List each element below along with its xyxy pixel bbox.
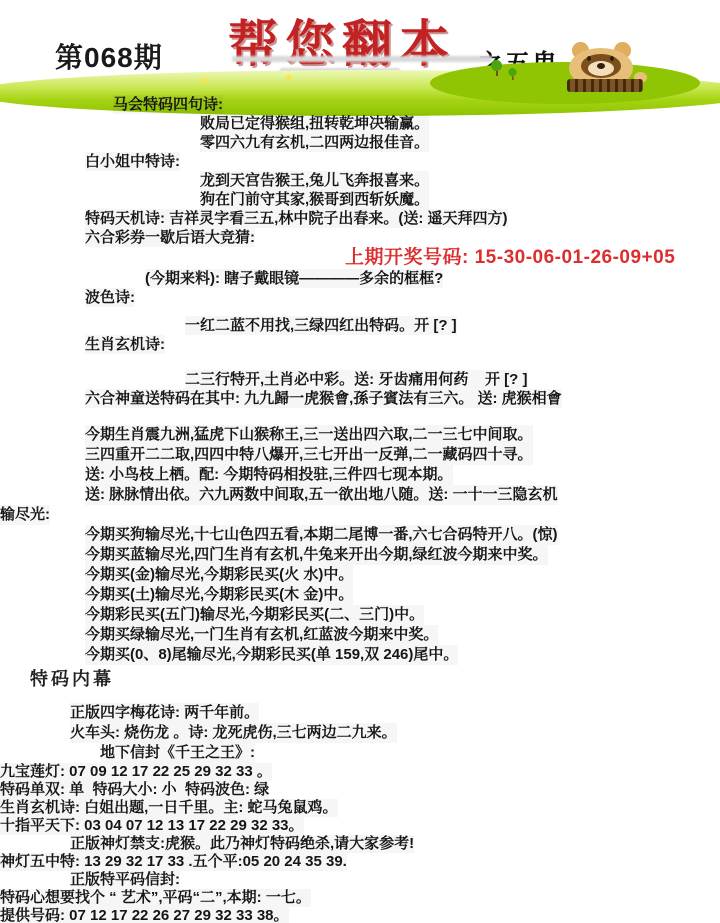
text-line: 零四六九有玄机,二四两边报佳音。 [200, 133, 429, 152]
text-line: 神灯五中特: 13 29 32 17 33 .五个平:05 20 24 35 3… [0, 853, 347, 871]
text-line: 火车头: 烧伤龙 。诗: 龙死虎伤,三七两边二九来。 [70, 723, 397, 743]
text-line: 正版特平码信封: [70, 871, 180, 889]
text-line: 十指平天下: 03 04 07 12 13 17 22 29 32 33。 [0, 817, 304, 835]
text-line: 特码单双: 单 特码大小: 小 特码波色: 绿 [0, 781, 269, 799]
text-line: 今期生肖震九洲,猛虎下山猴称王,三一送出四六取,二一三七中间取。 [85, 425, 533, 445]
spacer [0, 307, 720, 316]
text-line: 特码天机诗: 吉祥灵字看三五,林中院子出春来。(送: 遥天拜四方) [85, 209, 508, 228]
text-line: 特码心想要找个 “ 艺术”,平码“二”,本期: 一七。 [0, 889, 311, 907]
text-line: 狗在门前守其家,猴哥到西斩妖魔。 [200, 190, 429, 209]
spacer [0, 354, 720, 370]
bear-icon [560, 42, 650, 94]
text-line: 六合神童送特码在其中: 九九歸一虎猴會,孫子賓法有三六。 送: 虎猴相會 [85, 389, 562, 408]
text-line: 今期买蓝输尽光,四门生肖有玄机,牛兔来开出今期,绿红波今期来中奖。 [85, 545, 548, 565]
page: 第068期 帮您翻本 之五鬼 马会特码四句诗:败局已定得猴组,扭转乾坤 [0, 0, 720, 923]
text-line: 白小姐中特诗: [85, 152, 180, 171]
text-line: (今期来料): 瞎子戴眼镜————多余的框框? [145, 269, 443, 288]
spacer [0, 408, 720, 425]
text-line: 今期买(金)输尽光,今期彩民买(火 水)中。 [85, 565, 353, 585]
text-line: 送: 小鸟枝上栖。配: 今期特码相投驻,三件四七现本期。 [85, 465, 453, 485]
flower-dot-icon [286, 75, 292, 80]
text-line: 正版四字梅花诗: 两千年前。 [70, 703, 259, 723]
header: 第068期 帮您翻本 之五鬼 [0, 0, 720, 93]
text-line: 今期买(土)输尽光,今期彩民买(木 金)中。 [85, 585, 353, 605]
text-line: 波色诗: [85, 288, 135, 307]
section-heading: 特码内幕 [30, 667, 114, 691]
text-line: 今期买绿输尽光,一门生肖有玄机,红蓝波今期来中奖。 [85, 625, 438, 645]
text-line: 三四重开二二取,四四中特八爆开,三七开出一反弹,二一藏码四十寻。 [85, 445, 533, 465]
text-line: 生肖玄机诗: 白姐出题,一日千里。主: 蛇马兔鼠鸡。 [0, 799, 338, 817]
watermark-text [232, 56, 492, 62]
text-line: 今期买(0、8)尾输尽光,今期彩民买(单 159,双 246)尾中。 [85, 645, 458, 665]
text-line: 输尽光: [0, 505, 50, 525]
text-line: 败局已定得猴组,扭转乾坤决输赢。 [200, 114, 429, 133]
text-line: 马会特码四句诗: [113, 95, 223, 114]
text-line: 地下信封《千王之王》: [100, 743, 255, 763]
text-line: 一红二蓝不用找,三绿四红出特码。开 [? ] [185, 316, 457, 335]
text-line: 龙到天宫告猴王,兔儿飞奔报喜来。 [200, 171, 429, 190]
flower-dot-icon [200, 78, 206, 83]
content: 马会特码四句诗:败局已定得猴组,扭转乾坤决输赢。零四六九有玄机,二四两边报佳音。… [0, 93, 720, 923]
text-line: 今期买狗输尽光,十七山色四五看,本期二尾博一番,六七合码特开八。(惊) [85, 525, 558, 545]
text-line: 六合彩券一歇后语大竞猜: [85, 228, 255, 247]
main-title: 帮您翻本 [228, 4, 456, 76]
text-line: 九宝莲灯: 07 09 12 17 22 25 29 32 33 。 [0, 763, 272, 781]
text-line: 正版神灯禁支:虎猴。此乃神灯特码绝杀,请大家参考! [70, 835, 414, 853]
text-line: 今期彩民买(五门)输尽光,今期彩民买(二、三门)中。 [85, 605, 424, 625]
text-line: 提供号码: 07 12 17 22 26 27 29 32 33 38。 [0, 907, 289, 923]
text-line: 二三行特开,土肖必中彩。送: 牙齿痛用何药 开 [? ] [185, 370, 528, 389]
text-line: 送: 脉脉情出依。六九两数中间取,五一欲出地八随。送: 一十一三隐玄机 [85, 485, 558, 505]
last-draw-result: 上期开奖号码: 15-30-06-01-26-09+05 [345, 247, 675, 269]
fence-icon [567, 79, 643, 92]
text-line: 生肖玄机诗: [85, 335, 165, 354]
tree-icon [491, 60, 502, 76]
tree-icon [508, 68, 516, 80]
